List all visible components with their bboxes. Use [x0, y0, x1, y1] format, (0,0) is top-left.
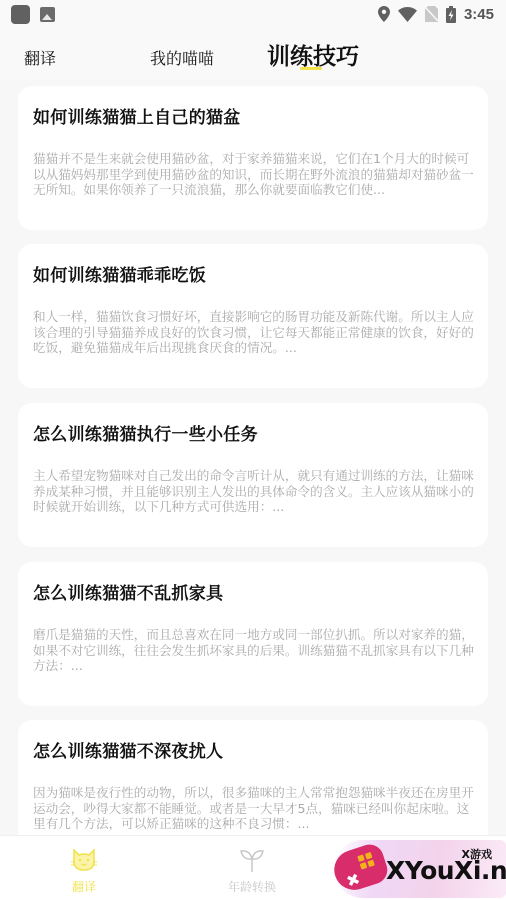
cat-face-icon [71, 847, 97, 873]
tab-training-tips[interactable]: 训练技巧 [267, 28, 359, 80]
location-icon [378, 6, 390, 22]
nav-label: 年龄转换 [228, 878, 276, 895]
battery-charging-icon [446, 6, 456, 23]
article-list[interactable]: 如何训练猫猫上自己的猫盆 猫猫并不是生来就会使用猫砂盆，对于家养猫猫来说，它们在… [0, 80, 506, 835]
article-description: 磨爪是猫猫的天性，而且总喜欢在同一地方或同一部位扒抓。所以对家养的猫，如果不对它… [33, 627, 474, 674]
article-title: 怎么训练猫猫不乱抓家具 [33, 582, 474, 606]
article-card[interactable]: 如何训练猫猫乖乖吃饭 和人一样，猫猫饮食习惯好坏，直接影响它的肠胃功能及新陈代谢… [18, 244, 488, 388]
no-sim-icon [425, 6, 438, 22]
top-tab-bar: 翻译 我的喵喵 训练技巧 [0, 28, 506, 80]
article-title: 怎么训练猫猫不深夜扰人 [33, 740, 474, 764]
tab-my-cat[interactable]: 我的喵喵 [150, 31, 214, 83]
article-title: 如何训练猫猫上自己的猫盆 [33, 106, 474, 130]
article-description: 主人希望宠物猫咪对自己发出的命令言听计从，就只有通过训练的方法，让猫咪养成某种习… [33, 468, 474, 515]
sprout-icon [239, 847, 265, 873]
active-tab-indicator [300, 67, 322, 70]
app-notification-icon [11, 5, 30, 24]
article-title: 怎么训练猫猫执行一些小任务 [33, 423, 474, 447]
article-description: 因为猫咪是夜行性的动物，所以，很多猫咪的主人常常抱怨猫咪半夜还在房里开运动会，吵… [33, 785, 474, 832]
tab-label: 翻译 [24, 46, 56, 69]
article-card[interactable]: 怎么训练猫猫执行一些小任务 主人希望宠物猫咪对自己发出的命令言听计从，就只有通过… [18, 403, 488, 547]
article-card[interactable]: 如何训练猫猫上自己的猫盆 猫猫并不是生来就会使用猫砂盆，对于家养猫猫来说，它们在… [18, 86, 488, 230]
nav-translate[interactable]: 翻译 [24, 836, 144, 900]
article-card[interactable]: 怎么训练猫猫不深夜扰人 因为猫咪是夜行性的动物，所以，很多猫咪的主人常常抱怨猫咪… [18, 720, 488, 835]
article-card[interactable]: 怎么训练猫猫不乱抓家具 磨爪是猫猫的天性，而且总喜欢在同一地方或同一部位扒抓。所… [18, 562, 488, 706]
tab-label: 我的喵喵 [150, 46, 214, 69]
watermark-logo: ✖ X游戏 XYouXi.net [334, 840, 506, 898]
article-description: 猫猫并不是生来就会使用猫砂盆，对于家养猫猫来说，它们在1个月大的时候可以从猫妈妈… [33, 151, 474, 198]
tab-translate[interactable]: 翻译 [24, 31, 56, 83]
article-description: 和人一样，猫猫饮食习惯好坏，直接影响它的肠胃功能及新陈代谢。所以主人应该合理的引… [33, 309, 474, 356]
clock: 3:45 [464, 6, 494, 23]
article-title: 如何训练猫猫乖乖吃饭 [33, 264, 474, 288]
nav-label: 翻译 [72, 878, 96, 895]
status-bar: 3:45 [0, 0, 506, 28]
tab-label: 训练技巧 [267, 38, 359, 71]
nav-age-conversion[interactable]: 年龄转换 [192, 836, 312, 900]
image-notification-icon [40, 7, 55, 22]
wifi-icon [398, 7, 417, 22]
watermark-big-text: XYouXi.net [386, 856, 506, 885]
